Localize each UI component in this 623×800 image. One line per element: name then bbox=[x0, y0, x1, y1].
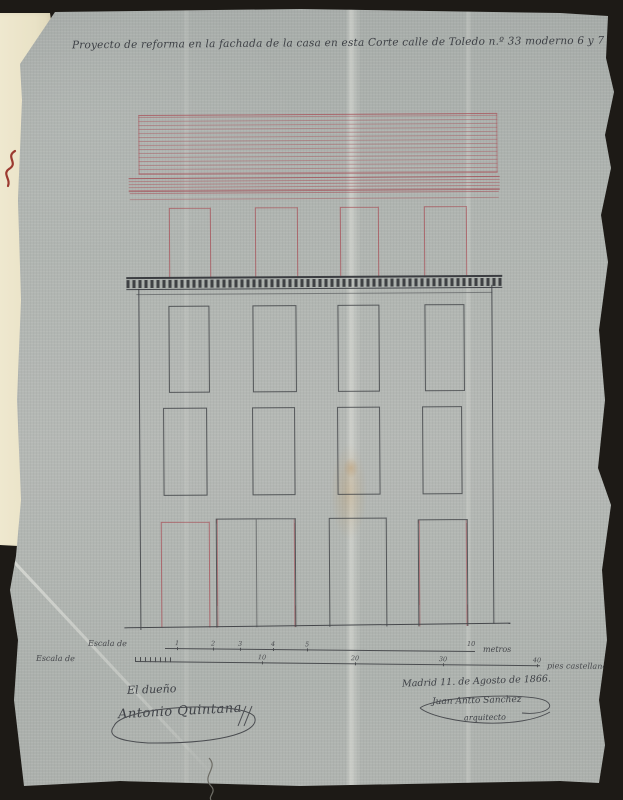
double-door-opening bbox=[216, 518, 297, 627]
door-opening bbox=[329, 518, 388, 627]
scale-tick: 3 bbox=[235, 640, 245, 651]
proposed-cornice-hatch bbox=[129, 176, 500, 192]
facade-left-edge bbox=[138, 289, 141, 630]
attic-window bbox=[169, 208, 211, 279]
scale-tick: 40 bbox=[532, 656, 542, 667]
door-leaf-split bbox=[256, 519, 258, 627]
window bbox=[424, 304, 465, 391]
window bbox=[252, 305, 297, 392]
proposed-cornice-lines bbox=[130, 191, 499, 200]
window bbox=[252, 407, 296, 495]
door-opening bbox=[418, 519, 469, 626]
facade-right-edge bbox=[491, 285, 494, 624]
window bbox=[168, 306, 210, 393]
scale-tick: 2 bbox=[208, 639, 218, 650]
attic-window bbox=[255, 207, 298, 278]
scale-tick: 20 bbox=[350, 654, 360, 665]
architect-title: arquitecto bbox=[464, 713, 506, 723]
feet-scale-unit: pies castellanos bbox=[547, 661, 611, 671]
scale-tick: 4 bbox=[268, 640, 278, 651]
window bbox=[337, 407, 381, 495]
feet-scale-label: Escala de bbox=[36, 654, 75, 663]
dentil-cornice bbox=[126, 275, 502, 291]
window bbox=[163, 408, 208, 496]
owner-heading: El dueño bbox=[127, 682, 177, 697]
scale-subdivisions bbox=[135, 657, 173, 662]
metric-scale-unit: metros bbox=[483, 645, 511, 654]
proposed-attic-hatch bbox=[138, 113, 497, 175]
scale-tick: 5 bbox=[302, 640, 312, 651]
scanned-plan-scene: Proyecto de reforma en la fachada de la … bbox=[0, 0, 623, 800]
wall-top-line bbox=[136, 292, 492, 295]
metric-scale-end: 10 bbox=[467, 640, 475, 648]
door-opening bbox=[161, 522, 211, 628]
scale-tick: 10 bbox=[257, 653, 267, 664]
window bbox=[337, 305, 380, 392]
attic-window bbox=[424, 206, 467, 277]
attic-window bbox=[340, 207, 379, 278]
scale-tick: 1 bbox=[172, 639, 182, 650]
window bbox=[422, 406, 463, 494]
metric-scale-label: Escala de bbox=[88, 639, 127, 648]
drawing-sheet: Proyecto de reforma en la fachada de la … bbox=[0, 0, 623, 800]
scale-tick: 30 bbox=[438, 655, 448, 666]
